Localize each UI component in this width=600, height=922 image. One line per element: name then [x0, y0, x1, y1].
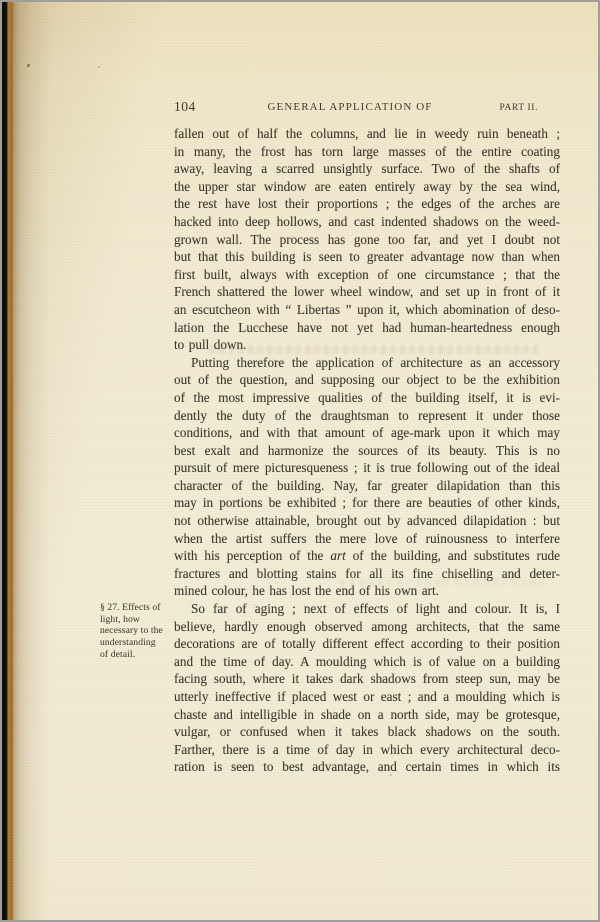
text-line: away, leaving a scarred unsightly surfac… [174, 160, 560, 178]
paper-speck [98, 66, 100, 68]
text-line: but that this building is seen to greate… [174, 248, 560, 266]
text-line: grown wall. The process has gone too far… [174, 231, 560, 249]
text-line: vulgar, or confused when it takes black … [174, 723, 560, 741]
margin-note-line: of detail. [100, 649, 176, 661]
text-line: out of the question, and supposing our o… [174, 371, 560, 389]
book-spine-edge [2, 2, 50, 920]
text-line: facing south, where it takes dark shadow… [174, 670, 560, 688]
text-line: best exalt and harmonize the sources of … [174, 442, 560, 460]
text-line: ration is seen to best advantage, and ce… [174, 758, 560, 776]
text-line: fractures and blotting stains for all it… [174, 565, 560, 583]
text-line: Farther, there is a time of day in which… [174, 741, 560, 759]
text-line: conditions, and with that amount of age-… [174, 424, 560, 442]
text-line: to pull down. [174, 336, 560, 354]
body-text: fallen out of half the columns, and lie … [174, 125, 560, 776]
running-title: GENERAL APPLICATION OF [268, 101, 433, 113]
text-line: believe, hardly enough observed among ar… [174, 618, 560, 636]
text-line: in many, the frost has torn large masses… [174, 143, 560, 161]
text-line: lation the Lucchese have not yet had hum… [174, 319, 560, 337]
part-label: PART II. [499, 103, 538, 113]
text-line: dently the duty of the draughtsman to re… [174, 407, 560, 425]
text-line: pursuit of mere picturesqueness ; it is … [174, 459, 560, 477]
paragraph: So far of aging ; next of effects of lig… [174, 600, 560, 776]
text-line: when the artist suffers the mere love of… [174, 530, 560, 548]
text-line: of the most impressive qualities of the … [174, 389, 560, 407]
text-line: not otherwise attainable, brought out by… [174, 512, 560, 530]
text-line: the upper star window are eaten entirely… [174, 178, 560, 196]
text-line: fallen out of half the columns, and lie … [174, 125, 560, 143]
margin-note-section-27: § 27. Effects oflight, hownecessary to t… [100, 602, 176, 661]
margin-note-line: light, how [100, 614, 176, 626]
paragraph: fallen out of half the columns, and lie … [174, 125, 560, 354]
text-line: with his perception of the art of the bu… [174, 547, 560, 565]
book-page-scan: 104 GENERAL APPLICATION OF PART II. § 27… [0, 0, 600, 922]
paragraph: Putting therefore the application of arc… [174, 354, 560, 600]
text-line: and the time of day. A moulding which is… [174, 653, 560, 671]
text-line: chaste and intelligible in shade on a no… [174, 706, 560, 724]
text-line: decorations are of totally different eff… [174, 635, 560, 653]
text-line: mined colour, he has lost the end of his… [174, 582, 560, 600]
text-line: Putting therefore the application of arc… [174, 354, 560, 372]
text-line: may in portions be exhibited ; for there… [174, 494, 560, 512]
text-line: an escutcheon with “ Libertas ” upon it,… [174, 301, 560, 319]
text-line: first built, always with exception of on… [174, 266, 560, 284]
text-line: So far of aging ; next of effects of lig… [174, 600, 560, 618]
margin-note-line: § 27. Effects of [100, 602, 176, 614]
text-line: hacked into deep hollows, and cast inden… [174, 213, 560, 231]
text-line: the rest have lost their proportions ; t… [174, 195, 560, 213]
margin-note-line: necessary to the [100, 625, 176, 637]
text-line: French shattered the lower wheel window,… [174, 283, 560, 301]
page-number: 104 [174, 99, 196, 115]
text-line: character of the building. Nay, far grea… [174, 477, 560, 495]
margin-note-line: understanding [100, 637, 176, 649]
page-header: 104 GENERAL APPLICATION OF PART II. [172, 99, 560, 117]
text-line: utterly ineffective if placed west or ea… [174, 688, 560, 706]
